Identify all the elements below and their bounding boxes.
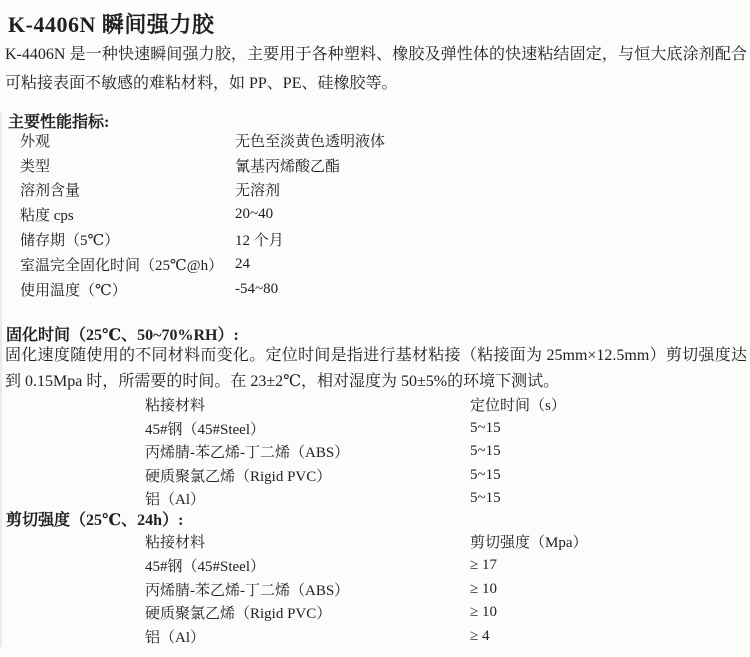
material-name: 硬质聚氯乙烯（Rigid PVC）: [145, 465, 470, 486]
table-row: 粘度 cps 20~40: [20, 202, 385, 227]
table-row: 铝（Al） ≥ 4: [145, 625, 588, 649]
cure-time-table: 粘接材料 定位时间（s） 45#钢（45#Steel） 5~15 丙烯腈-苯乙烯…: [145, 393, 566, 511]
material-name: 丙烯腈-苯乙烯-丁二烯（ABS）: [145, 441, 470, 462]
table-row: 外观 无色至淡黄色透明液体: [20, 128, 385, 153]
set-time-value: 5~15: [470, 420, 566, 437]
property-value: 氰基丙烯酸乙酯: [235, 155, 385, 176]
section-heading-shear-strength: 剪切强度（25℃、24h）:: [6, 507, 183, 530]
set-time-value: 5~15: [470, 443, 566, 460]
shear-strength-value: ≥ 4: [470, 628, 588, 645]
table-row: 使用温度（℃） -54~80: [20, 277, 385, 302]
table-row: 硬质聚氯乙烯（Rigid PVC） 5~15: [145, 464, 566, 488]
table-row: 溶剂含量 无溶剂: [20, 178, 385, 203]
table-row: 储存期（5℃） 12 个月: [20, 227, 385, 252]
table-header-row: 粘接材料 定位时间（s）: [145, 393, 566, 417]
set-time-value: 5~15: [470, 467, 566, 484]
cure-time-description: 固化速度随使用的不同材料而变化。定位时间是指进行基材粘接（粘接面为 25mm×1…: [5, 343, 747, 395]
table-row: 丙烯腈-苯乙烯-丁二烯（ABS） ≥ 10: [145, 577, 588, 601]
property-label: 类型: [20, 155, 235, 176]
shear-strength-table: 粘接材料 剪切强度（Mpa） 45#钢（45#Steel） ≥ 17 丙烯腈-苯…: [145, 530, 588, 648]
material-name: 45#钢（45#Steel）: [145, 418, 470, 439]
intro-paragraph: K-4406N 是一种快速瞬间强力胶，主要用于各种塑料、橡胶及弹性体的快速粘结固…: [5, 40, 747, 98]
shear-strength-value: ≥ 10: [470, 604, 588, 621]
property-label: 外观: [20, 130, 235, 151]
table-header-row: 粘接材料 剪切强度（Mpa）: [145, 530, 588, 554]
property-label: 使用温度（℃）: [20, 279, 235, 300]
property-label: 溶剂含量: [20, 179, 235, 200]
section-heading-cure-time: 固化时间（25℃、50~70%RH）:: [6, 322, 239, 345]
material-name: 丙烯腈-苯乙烯-丁二烯（ABS）: [145, 579, 470, 600]
property-label: 粘度 cps: [20, 204, 235, 225]
scan-edge-artifact: [0, 112, 2, 647]
material-name: 铝（Al）: [145, 626, 470, 647]
property-value: 12 个月: [235, 229, 385, 250]
property-label: 室温完全固化时间（25℃@h）: [20, 254, 235, 275]
table-row: 45#钢（45#Steel） 5~15: [145, 417, 566, 441]
shear-strength-value: ≥ 10: [470, 581, 588, 598]
shear-strength-value: ≥ 17: [470, 557, 588, 574]
property-value: 无溶剂: [235, 179, 385, 200]
table-row: 室温完全固化时间（25℃@h） 24: [20, 252, 385, 277]
property-value: -54~80: [235, 281, 385, 298]
property-value: 无色至淡黄色透明液体: [235, 130, 385, 151]
material-name: 45#钢（45#Steel）: [145, 555, 470, 576]
material-name: 铝（Al）: [145, 488, 470, 509]
column-header-material: 粘接材料: [145, 531, 470, 552]
page-title: K-4406N 瞬间强力胶: [8, 8, 214, 39]
table-row: 硬质聚氯乙烯（Rigid PVC） ≥ 10: [145, 601, 588, 625]
datasheet-page: K-4406N 瞬间强力胶 K-4406N 是一种快速瞬间强力胶，主要用于各种塑…: [0, 0, 750, 657]
column-header-set-time: 定位时间（s）: [470, 394, 566, 415]
table-row: 45#钢（45#Steel） ≥ 17: [145, 554, 588, 578]
properties-table: 外观 无色至淡黄色透明液体 类型 氰基丙烯酸乙酯 溶剂含量 无溶剂 粘度 cps…: [20, 128, 385, 302]
property-value: 20~40: [235, 206, 385, 223]
column-header-material: 粘接材料: [145, 394, 470, 415]
material-name: 硬质聚氯乙烯（Rigid PVC）: [145, 602, 470, 623]
table-row: 类型 氰基丙烯酸乙酯: [20, 153, 385, 178]
table-row: 丙烯腈-苯乙烯-丁二烯（ABS） 5~15: [145, 440, 566, 464]
property-label: 储存期（5℃）: [20, 229, 235, 250]
property-value: 24: [235, 256, 385, 273]
table-row: 铝（Al） 5~15: [145, 487, 566, 511]
column-header-shear-strength: 剪切强度（Mpa）: [470, 531, 588, 552]
set-time-value: 5~15: [470, 490, 566, 507]
